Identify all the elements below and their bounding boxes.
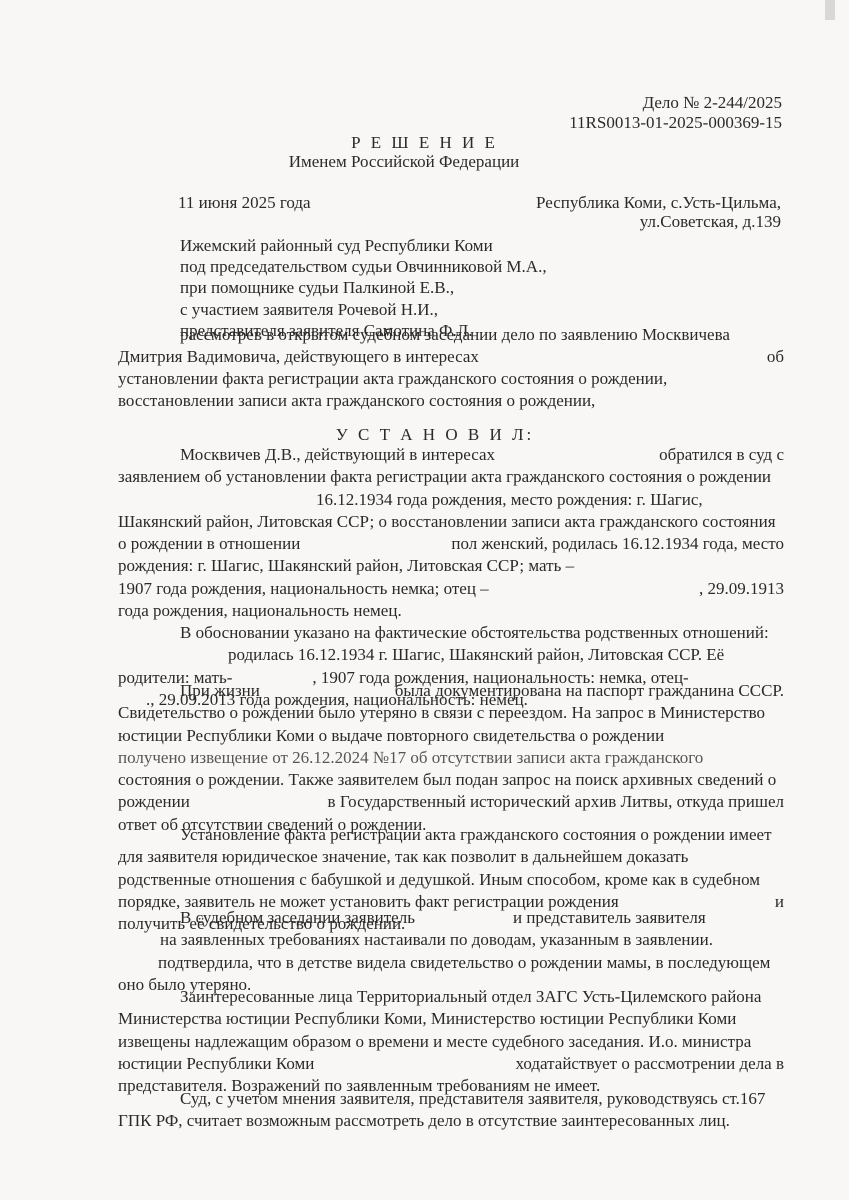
text-line: восстановлении записи акта гражданского … [118, 390, 784, 412]
text-line: При жизни [180, 680, 260, 702]
text-line: , 29.09.1913 [699, 578, 784, 600]
text-line: года рождения, национальность немец. [118, 600, 784, 622]
text-line: о рождении в отношении [118, 533, 300, 555]
document-page: Дело № 2-244/2025 11RS0013-01-2025-00036… [0, 0, 849, 1200]
text-line: установлении факта регистрации акта граж… [118, 368, 667, 390]
text-line: юстиции Республики Коми [118, 1053, 314, 1075]
court-line: с участием заявителя Рочевой Н.И., [180, 299, 547, 320]
court-line: под председательством судьи Овчинниковой… [180, 256, 547, 277]
paragraph-7: Суд, с учетом мнения заявителя, представ… [118, 1088, 784, 1133]
text-line: об [767, 346, 784, 368]
court-place-line2: ул.Советская, д.139 [640, 212, 781, 232]
intro-paragraph: рассмотрев в открытом судебном заседании… [118, 324, 784, 412]
text-line: состояния о рождении. Также заявителем б… [118, 769, 776, 791]
text-line: 16.12.1934 года рождения, место рождения… [316, 489, 703, 511]
text-line: ходатайствует о рассмотрении дела в [516, 1053, 784, 1075]
text-line: Свидетельство о рождении было утеряно в … [118, 702, 765, 724]
text-line: рождении [118, 791, 190, 813]
text-line: заявлением об установлении факта регистр… [118, 466, 771, 488]
court-line: при помощнике судьи Палкиной Е.В., [180, 277, 547, 298]
text-line: Суд, с учетом мнения заявителя, представ… [180, 1088, 765, 1110]
text-line: юстиции Республики Коми о выдаче повторн… [118, 725, 784, 747]
paragraph-6: Заинтересованные лица Территориальный от… [118, 986, 784, 1097]
document-subtitle: Именем Российской Федерации [0, 152, 808, 172]
text-line: родилась 16.12.1934 г. Шагис, Шакянский … [228, 644, 724, 666]
text-line: в Государственный исторический архив Лит… [328, 791, 784, 813]
text-line: рассмотрев в открытом судебном заседании… [180, 324, 730, 346]
text-line: В обосновании указано на фактические обс… [180, 622, 769, 644]
text-line: родственные отношения с бабушкой и дедуш… [118, 869, 760, 891]
scan-edge-mark [825, 0, 835, 20]
paragraph-3: При жизнибыла документирована на паспорт… [118, 680, 784, 836]
text-line: Заинтересованные лица Территориальный от… [180, 986, 761, 1008]
paragraph-5: В судебном заседании заявительи представ… [118, 907, 784, 996]
text-line: была документирована на паспорт граждани… [395, 680, 784, 702]
text-line: и представитель заявителя [513, 908, 706, 927]
paragraph-1: Москвичев Д.В., действующий в интересахо… [118, 444, 784, 622]
text-line: подтвердила, что в детстве видела свидет… [118, 952, 784, 974]
text-line: Москвичев Д.В., действующий в интересах [180, 444, 495, 466]
text-line: получено извещение от 26.12.2024 №17 об … [118, 747, 703, 769]
text-line: обратился в суд с [659, 444, 784, 466]
document-title: Р Е Ш Е Н И Е [0, 133, 849, 153]
text-line: Шакянский район, Литовская ССР; о восста… [118, 511, 776, 533]
case-uid: 11RS0013-01-2025-000369-15 [569, 113, 782, 133]
text-line: на заявленных требованиях настаивали по … [118, 929, 784, 951]
case-number: Дело № 2-244/2025 [643, 93, 782, 113]
text-line: Установление факта регистрации акта граж… [180, 824, 772, 846]
text-line: пол женский, родилась 16.12.1934 года, м… [451, 533, 784, 555]
text-line: рождения: г. Шагис, Шакянский район, Лит… [118, 555, 784, 577]
decision-date: 11 июня 2025 года [178, 193, 311, 213]
text-line: 1907 года рождения, национальность немка… [118, 578, 489, 600]
text-line: ГПК РФ, считает возможным рассмотреть де… [118, 1110, 784, 1132]
text-line: извещены надлежащим образом о времени и … [118, 1031, 751, 1053]
text-line: Дмитрия Вадимовича, действующего в интер… [118, 346, 479, 368]
section-title: У С Т А Н О В И Л: [0, 425, 849, 445]
court-place-line1: Республика Коми, с.Усть-Цильма, [536, 193, 781, 213]
text-line: В судебном заседании заявитель [180, 908, 415, 927]
court-line: Ижемский районный суд Республики Коми [180, 235, 547, 256]
text-line: для заявителя юридическое значение, так … [118, 846, 688, 868]
text-line: Министерства юстиции Республики Коми, Ми… [118, 1008, 736, 1030]
